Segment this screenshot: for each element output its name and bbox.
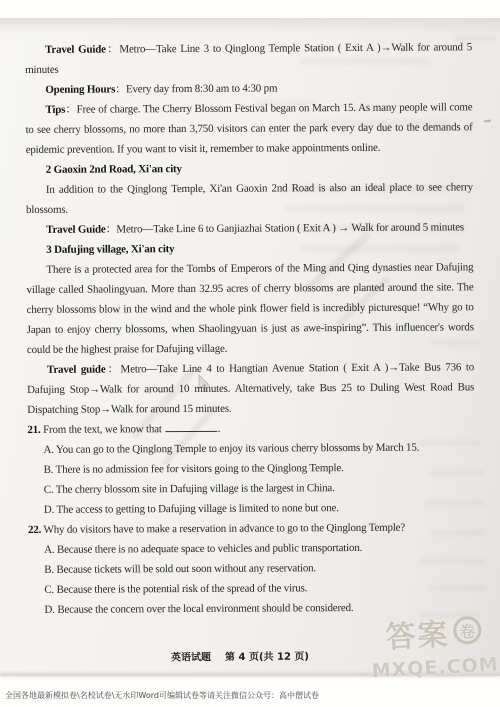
bold-lead: Travel guide (47, 364, 106, 376)
watermark-logo-text: 答案 卷 (368, 607, 498, 658)
section-heading-dafujing: 3 Dafujing village, Xi'an city (26, 237, 473, 260)
question-stem-text: From the text, we know that (43, 423, 162, 436)
question-stem-after: . (218, 423, 221, 435)
promo-text: 全国各地最新模拟卷\名校试卷\无水印Word可编辑试卷等请关注微信公众号：高中僧… (5, 690, 319, 701)
paragraph-text: ：Metro—Take Line 6 to Ganjiazhai Station… (106, 221, 464, 235)
document-content: Travel Guide：Metro—Take Line 3 to Qinglo… (25, 37, 476, 620)
option-line-c: C. The cherry blossom site in Dafujing v… (28, 477, 475, 500)
heading-text: 3 Dafujing village, Xi'an city (46, 243, 174, 256)
answer-blank (166, 422, 218, 432)
option-line-c: C. Because there is the potential risk o… (28, 577, 475, 600)
logo-circle-icon: 卷 (453, 616, 482, 645)
option-line-a: A. Because there is no adequate space to… (28, 537, 475, 560)
question-number: 21. (27, 424, 40, 436)
paragraph-travel-guide-2: Travel Guide：Metro—Take Line 6 to Ganjia… (26, 217, 473, 240)
footer-page-number: 第 4 页(共 12 页) (225, 652, 309, 664)
watermark-site-url: MXQE.COM (371, 654, 500, 683)
question-number: 22. (28, 524, 41, 536)
logo-circled-character: 卷 (459, 618, 476, 642)
option-line-b: B. There is no admission fee for visitor… (28, 457, 475, 480)
bold-lead: Tips (45, 104, 65, 116)
question-stem-text: Why do visitors have to make a reservati… (43, 522, 405, 536)
paragraph-travel-guide-3: Travel guide：Metro—Take Line 4 to Hangti… (27, 357, 474, 420)
option-line-b: B. Because tickets will be sold out soon… (28, 557, 475, 580)
paragraph-text: ：Free of charge. The Cherry Blossom Fest… (26, 101, 473, 156)
bold-lead: Opening Hours (45, 83, 115, 95)
question-22: 22. Why do visitors have to make a reser… (28, 517, 476, 620)
paragraph-text: In addition to the Qinglong Temple, Xi'a… (26, 181, 473, 216)
paragraph-text: ：Every day from 8:30 am to 4:30 pm (115, 82, 277, 95)
logo-characters: 答案 (384, 609, 450, 656)
paragraph-gaoxin-intro: In addition to the Qinglong Temple, Xi'a… (26, 177, 473, 220)
paragraph-text: There is a protected area for the Tombs … (26, 261, 473, 356)
section-heading-gaoxin: 2 Gaoxin 2nd Road, Xi'an city (26, 157, 473, 180)
bold-lead: Travel Guide (45, 44, 106, 56)
footer-subject-label: 英语试题 (171, 652, 211, 663)
paragraph-travel-guide-1: Travel Guide：Metro—Take Line 3 to Qinglo… (25, 37, 472, 80)
paragraph-dafujing-intro: There is a protected area for the Tombs … (26, 257, 474, 360)
heading-text: 2 Gaoxin 2nd Road, Xi'an city (46, 163, 182, 176)
question-stem: 21. From the text, we know that. (27, 417, 474, 440)
page-top-shadow (0, 18, 500, 33)
paragraph-opening-hours: Opening Hours：Every day from 8:30 am to … (25, 77, 472, 100)
bold-lead: Travel Guide (46, 224, 105, 236)
question-stem: 22. Why do visitors have to make a reser… (28, 517, 475, 540)
question-21: 21. From the text, we know that. A. You … (27, 417, 475, 520)
option-line-d: D. The access to getting to Dafujing vil… (28, 497, 475, 520)
paragraph-tips: Tips：Free of charge. The Cherry Blossom … (25, 97, 472, 160)
option-line-a: A. You can go to the Qinglong Temple to … (27, 437, 474, 460)
answer-site-watermark: 答案 卷 MXQE.COM (368, 607, 499, 683)
